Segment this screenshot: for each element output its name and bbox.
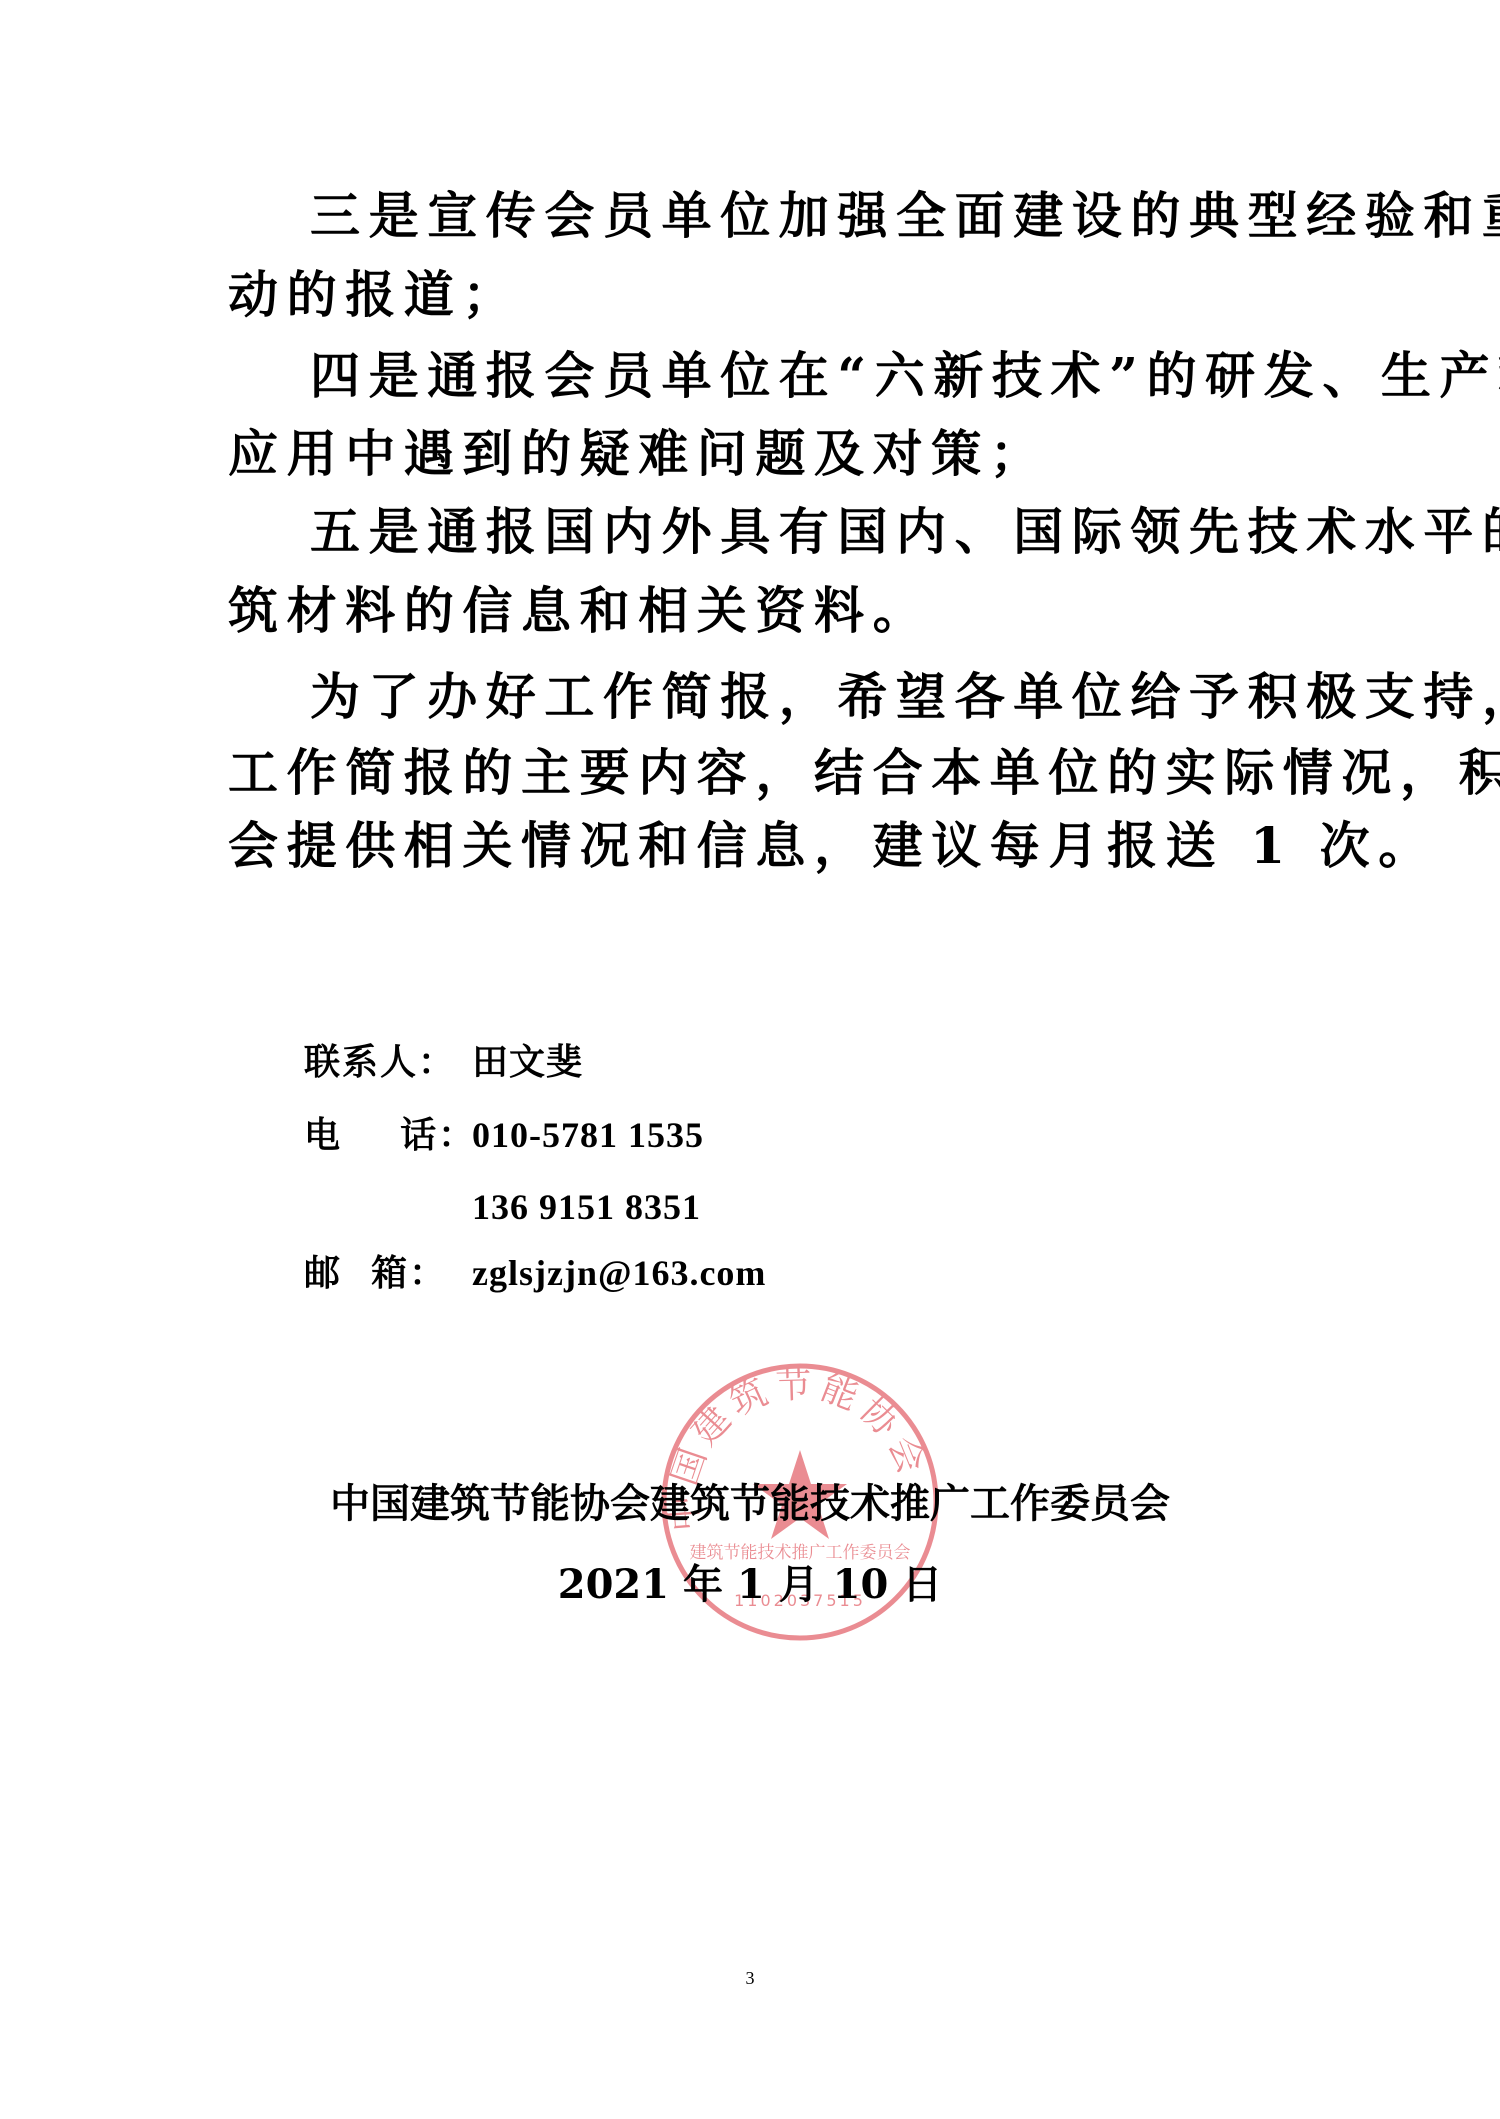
email-label: 邮 箱： <box>304 1251 447 1295</box>
paragraph-line: 工作简报的主要内容，结合本单位的实际情况，积极向委员 <box>228 743 1290 803</box>
page-number: 3 <box>0 1968 1500 1989</box>
contact-person-label: 联系人： <box>304 1040 456 1084</box>
contact-person-value: 田文斐 <box>472 1040 583 1084</box>
phone-value-1: 010-5781 1535 <box>472 1113 704 1157</box>
paragraph-line: 四是通报会员单位在“六新技术”的研发、生产和推广 <box>310 346 1290 406</box>
paragraph-line: 三是宣传会员单位加强全面建设的典型经验和重大活 <box>310 186 1290 246</box>
paragraph-line: 动的报道； <box>228 265 1290 325</box>
phone-label: 电 话： <box>304 1113 476 1157</box>
signature-organization: 中国建筑节能协会建筑节能技术推广工作委员会 <box>0 1479 1500 1529</box>
paragraph-line: 五是通报国内外具有国内、国际领先技术水平的绿色建 <box>310 502 1290 562</box>
signature-date: 2021 年 1 月 10 日 <box>0 1560 1500 1610</box>
paragraph-line: 会提供相关情况和信息，建议每月报送 1 次。 <box>228 816 1290 876</box>
paragraph-line: 筑材料的信息和相关资料。 <box>228 581 1290 641</box>
phone-value-2: 136 9151 8351 <box>472 1185 701 1229</box>
paragraph-line: 为了办好工作简报，希望各单位给予积极支持，要围绕 <box>310 667 1290 727</box>
paragraph-line: 应用中遇到的疑难问题及对策； <box>228 424 1290 484</box>
email-value[interactable]: zglsjzjn@163.com <box>472 1251 766 1295</box>
